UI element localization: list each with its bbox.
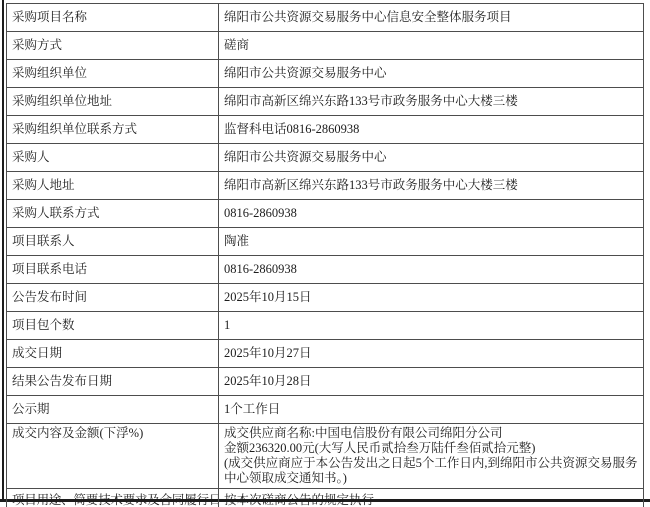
row-value: 磋商 xyxy=(219,32,644,60)
row-value-line: 金额236320.00元(大写人民币贰拾叁万陆仟叁佰贰拾元整) xyxy=(224,441,638,456)
row-label: 采购人地址 xyxy=(7,172,219,200)
row-value: 绵阳市公共资源交易服务中心信息安全整体服务项目 xyxy=(219,4,644,32)
row-label: 结果公告发布日期 xyxy=(7,368,219,396)
table-row: 采购组织单位地址绵阳市高新区绵兴东路133号市政务服务中心大楼三楼 xyxy=(7,88,644,116)
row-value: 绵阳市高新区绵兴东路133号市政务服务中心大楼三楼 xyxy=(219,88,644,116)
row-label: 项目联系人 xyxy=(7,228,219,256)
row-value: 按本次磋商公告的规定执行 xyxy=(219,489,644,507)
row-value: 2025年10月27日 xyxy=(219,340,644,368)
row-label: 采购组织单位 xyxy=(7,60,219,88)
table-row: 采购方式磋商 xyxy=(7,32,644,60)
row-label: 项目用途、简要技术要求及合同履行日期 xyxy=(7,489,219,507)
row-value: 成交供应商名称:中国电信股份有限公司绵阳分公司金额236320.00元(大写人民… xyxy=(219,424,644,489)
row-label: 成交日期 xyxy=(7,340,219,368)
table-row: 采购项目名称绵阳市公共资源交易服务中心信息安全整体服务项目 xyxy=(7,4,644,32)
row-label: 采购人联系方式 xyxy=(7,200,219,228)
table-row: 采购人绵阳市公共资源交易服务中心 xyxy=(7,144,644,172)
page-left-frame-line xyxy=(2,0,4,502)
table-row: 采购人联系方式0816-2860938 xyxy=(7,200,644,228)
table-row: 结果公告发布日期2025年10月28日 xyxy=(7,368,644,396)
row-value: 0816-2860938 xyxy=(219,256,644,284)
row-value: 监督科电话0816-2860938 xyxy=(219,116,644,144)
row-value: 0816-2860938 xyxy=(219,200,644,228)
table-row: 采购组织单位绵阳市公共资源交易服务中心 xyxy=(7,60,644,88)
procurement-result-table: 采购项目名称绵阳市公共资源交易服务中心信息安全整体服务项目采购方式磋商采购组织单… xyxy=(6,3,644,507)
row-label: 采购组织单位联系方式 xyxy=(7,116,219,144)
row-value: 绵阳市公共资源交易服务中心 xyxy=(219,144,644,172)
row-value: 1个工作日 xyxy=(219,396,644,424)
table-row: 成交日期2025年10月27日 xyxy=(7,340,644,368)
table-row: 项目包个数1 xyxy=(7,312,644,340)
table-row: 项目联系电话0816-2860938 xyxy=(7,256,644,284)
row-label: 成交内容及金额(下浮%) xyxy=(7,424,219,489)
row-value: 陶准 xyxy=(219,228,644,256)
row-value-line: 成交供应商名称:中国电信股份有限公司绵阳分公司 xyxy=(224,426,638,441)
row-label: 采购组织单位地址 xyxy=(7,88,219,116)
row-label: 项目包个数 xyxy=(7,312,219,340)
info-table-body: 采购项目名称绵阳市公共资源交易服务中心信息安全整体服务项目采购方式磋商采购组织单… xyxy=(7,4,644,507)
table-row: 采购组织单位联系方式监督科电话0816-2860938 xyxy=(7,116,644,144)
row-value-line: (成交供应商应于本公告发出之日起5个工作日内,到绵阳市公共资源交易服务中心领取成… xyxy=(224,456,638,486)
row-value: 绵阳市高新区绵兴东路133号市政务服务中心大楼三楼 xyxy=(219,172,644,200)
table-row: 成交内容及金额(下浮%)成交供应商名称:中国电信股份有限公司绵阳分公司金额236… xyxy=(7,424,644,489)
row-value: 2025年10月28日 xyxy=(219,368,644,396)
row-label: 采购人 xyxy=(7,144,219,172)
table-row: 采购人地址绵阳市高新区绵兴东路133号市政务服务中心大楼三楼 xyxy=(7,172,644,200)
row-label: 公告发布时间 xyxy=(7,284,219,312)
row-value: 2025年10月15日 xyxy=(219,284,644,312)
row-label: 公示期 xyxy=(7,396,219,424)
table-row: 公告发布时间2025年10月15日 xyxy=(7,284,644,312)
row-label: 采购方式 xyxy=(7,32,219,60)
table-row: 公示期1个工作日 xyxy=(7,396,644,424)
table-row: 项目联系人陶准 xyxy=(7,228,644,256)
row-label: 项目联系电话 xyxy=(7,256,219,284)
row-label: 采购项目名称 xyxy=(7,4,219,32)
announcement-page: 采购项目名称绵阳市公共资源交易服务中心信息安全整体服务项目采购方式磋商采购组织单… xyxy=(0,0,650,507)
row-value: 绵阳市公共资源交易服务中心 xyxy=(219,60,644,88)
row-value: 1 xyxy=(219,312,644,340)
table-row: 项目用途、简要技术要求及合同履行日期按本次磋商公告的规定执行 xyxy=(7,489,644,507)
